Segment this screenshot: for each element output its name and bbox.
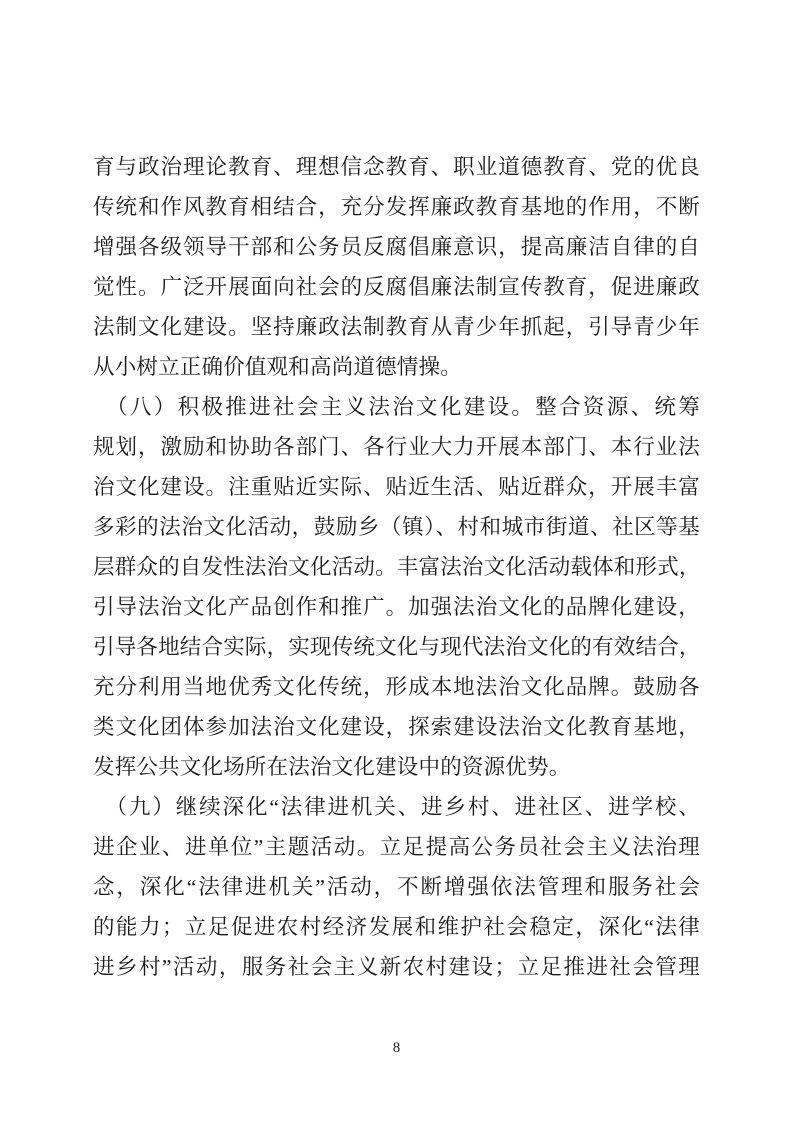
text-line: 念，深化“法律进机关”活动，不断增强依法管理和服务社会 <box>93 867 700 907</box>
text-line: （八）积极推进社会主义法治文化建设。整合资源、统筹 <box>93 387 700 427</box>
paragraph: （八）积极推进社会主义法治文化建设。整合资源、统筹 规划，激励和协助各部门、各行… <box>93 387 700 787</box>
text-line: 进乡村”活动，服务社会主义新农村建设；立足推进社会管理 <box>93 947 700 987</box>
text-line: 引导各地结合实际，实现传统文化与现代法治文化的有效结合， <box>93 627 700 667</box>
text-line: 增强各级领导干部和公务员反腐倡廉意识，提高廉洁自律的自 <box>93 227 700 267</box>
text-line: 规划，激励和协助各部门、各行业大力开展本部门、本行业法 <box>93 427 700 467</box>
paragraph: （九）继续深化“法律进机关、进乡村、进社区、进学校、 进企业、进单位”主题活动。… <box>93 787 700 987</box>
text-line: 充分利用当地优秀文化传统，形成本地法治文化品牌。鼓励各 <box>93 667 700 707</box>
text-line: 类文化团体参加法治文化建设，探索建设法治文化教育基地， <box>93 707 700 747</box>
document-body: 育与政治理论教育、理想信念教育、职业道德教育、党的优良 传统和作风教育相结合，充… <box>93 147 700 987</box>
text-line: 法制文化建设。坚持廉政法制教育从青少年抓起，引导青少年 <box>93 307 700 347</box>
text-line: 发挥公共文化场所在法治文化建设中的资源优势。 <box>93 747 700 787</box>
paragraph: 育与政治理论教育、理想信念教育、职业道德教育、党的优良 传统和作风教育相结合，充… <box>93 147 700 387</box>
page-number: 8 <box>0 1038 793 1058</box>
text-line: 多彩的法治文化活动，鼓励乡（镇）、村和城市街道、社区等基 <box>93 507 700 547</box>
text-line: 治文化建设。注重贴近实际、贴近生活、贴近群众，开展丰富 <box>93 467 700 507</box>
text-line: 传统和作风教育相结合，充分发挥廉政教育基地的作用，不断 <box>93 187 700 227</box>
text-line: 层群众的自发性法治文化活动。丰富法治文化活动载体和形式， <box>93 547 700 587</box>
text-line: 从小树立正确价值观和高尚道德情操。 <box>93 347 700 387</box>
text-line: 进企业、进单位”主题活动。立足提高公务员社会主义法治理 <box>93 827 700 867</box>
document-page: 育与政治理论教育、理想信念教育、职业道德教育、党的优良 传统和作风教育相结合，充… <box>0 0 793 1122</box>
text-line: 育与政治理论教育、理想信念教育、职业道德教育、党的优良 <box>93 147 700 187</box>
text-line: （九）继续深化“法律进机关、进乡村、进社区、进学校、 <box>93 787 700 827</box>
text-line: 的能力；立足促进农村经济发展和维护社会稳定，深化“法律 <box>93 907 700 947</box>
text-line: 引导法治文化产品创作和推广。加强法治文化的品牌化建设， <box>93 587 700 627</box>
text-line: 觉性。广泛开展面向社会的反腐倡廉法制宣传教育，促进廉政 <box>93 267 700 307</box>
